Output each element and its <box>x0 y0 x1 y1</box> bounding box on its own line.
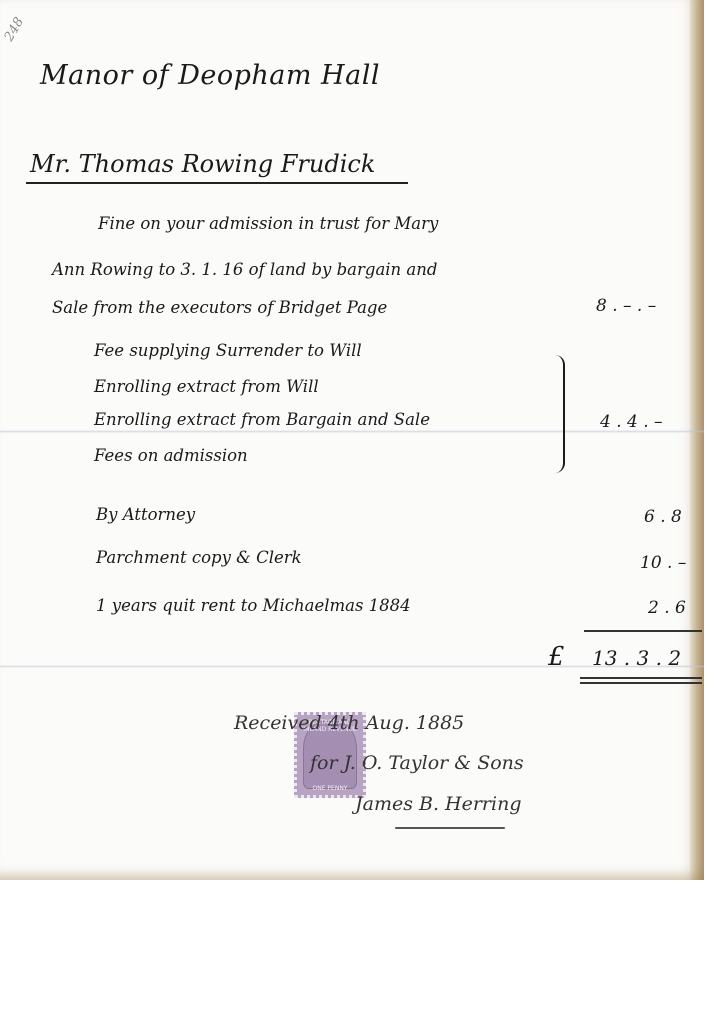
item-line: Fee supplying Surrender to Will <box>94 341 362 360</box>
total-rule <box>580 682 702 684</box>
edge-stain <box>690 0 704 880</box>
addressee-underline <box>26 182 408 184</box>
item-amount: 6 . 8 <box>644 507 682 527</box>
item-line: Enrolling extract from Will <box>94 377 319 396</box>
item-line: Parchment copy & Clerk <box>96 548 302 567</box>
item-amount: 4 . 4 . – <box>600 412 663 432</box>
item-line: Sale from the executors of Bridget Page <box>52 298 387 317</box>
margin-note: 248 <box>2 15 27 44</box>
item-line: Ann Rowing to 3. 1. 16 of land by bargai… <box>52 260 437 279</box>
item-line: Fees on admission <box>94 446 248 465</box>
document-page: 248 Manor of Deopham Hall Mr. Thomas Row… <box>0 0 704 880</box>
received-line: Received 4th Aug. 1885 <box>234 712 464 734</box>
item-line: Fine on your admission in trust for Mary <box>98 214 438 233</box>
subtotal-rule <box>584 630 702 632</box>
item-amount: 2 . 6 <box>648 598 686 618</box>
signature-underline <box>395 827 505 829</box>
fold-crease <box>0 430 704 433</box>
per-line: for J. O. Taylor & Sons <box>310 752 524 774</box>
item-amount: 8 . – . – <box>596 296 656 316</box>
signature: James B. Herring <box>355 793 522 815</box>
total-rule <box>580 677 702 679</box>
currency-symbol: £ <box>548 642 565 672</box>
grouping-brace <box>555 355 565 473</box>
item-amount: 10 . – <box>640 553 686 573</box>
total-amount: 13 . 3 . 2 <box>592 646 681 670</box>
document-title: Manor of Deopham Hall <box>40 60 380 91</box>
item-line: 1 years quit rent to Michaelmas 1884 <box>96 596 411 615</box>
stamp-bottom-text: ONE PENNY <box>297 785 363 792</box>
item-line: By Attorney <box>96 505 195 524</box>
addressee: Mr. Thomas Rowing Frudick <box>30 150 375 178</box>
item-line: Enrolling extract from Bargain and Sale <box>94 410 430 429</box>
